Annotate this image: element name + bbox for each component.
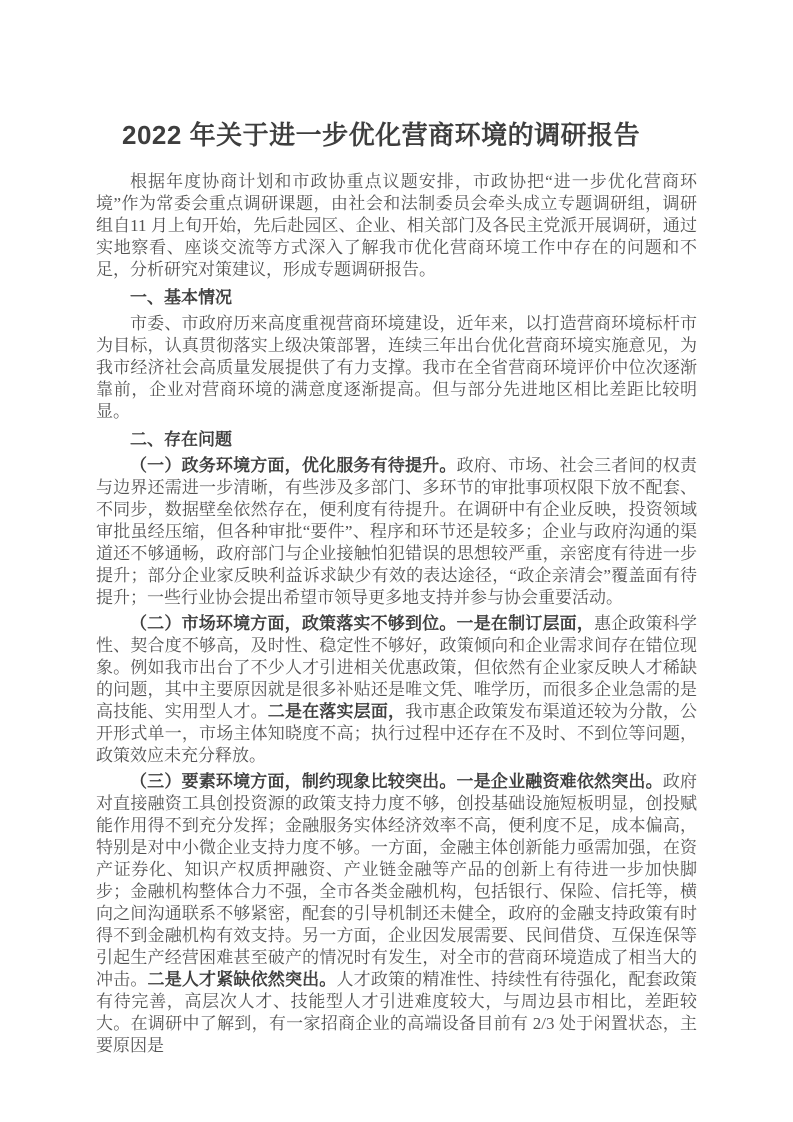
document-body: 根据年度协商计划和市政协重点议题安排，市政协把“进一步优化营商环境”作为常委会重… — [96, 171, 697, 1057]
section-heading: 二、存在问题 — [96, 429, 697, 451]
body-paragraph: （二）市场环境方面，政策落实不够到位。一是在制订层面，惠企政策科学性、契合度不够… — [96, 613, 697, 767]
body-paragraph: （三）要素环境方面，制约现象比较突出。一是企业融资难依然突出。政府对直接融资工具… — [96, 771, 697, 1057]
text-run: 市委、市政府历来高度重视营商环境建设，近年来，以打造营商环境标杆市为目标，认真贯… — [96, 314, 697, 421]
text-run: 政府、市场、社会三者间的权责与边界还需进一步清晰，有些涉及多部门、多环节的审批事… — [96, 456, 697, 607]
text-run: 根据年度协商计划和市政协重点议题安排，市政协把“进一步优化营商环境”作为常委会重… — [96, 172, 697, 279]
bold-text-run: 一、基本情况 — [130, 288, 232, 307]
bold-text-run: （二）市场环境方面，政策落实不够到位。一是在制订层面， — [130, 614, 594, 633]
document-page: 2022 年关于进一步优化营商环境的调研报告 根据年度协商计划和市政协重点议题安… — [0, 0, 793, 1122]
body-paragraph: 市委、市政府历来高度重视营商环境建设，近年来，以打造营商环境标杆市为目标，认真贯… — [96, 313, 697, 423]
body-paragraph: （一）政务环境方面，优化服务有待提升。政府、市场、社会三者间的权责与边界还需进一… — [96, 455, 697, 609]
bold-text-run: 二是人才紧缺依然突出。 — [148, 970, 337, 989]
document-title: 2022 年关于进一步优化营商环境的调研报告 — [96, 117, 697, 153]
text-run: 政府对直接融资工具创投资源的政策支持力度不够，创投基础设施短板明显，创投赋能作用… — [96, 772, 697, 989]
bold-text-run: 二、存在问题 — [130, 430, 232, 449]
bold-text-run: （三）要素环境方面，制约现象比较突出。一是企业融资难依然突出。 — [130, 772, 663, 791]
body-paragraph: 根据年度协商计划和市政协重点议题安排，市政协把“进一步优化营商环境”作为常委会重… — [96, 171, 697, 281]
bold-text-run: （一）政务环境方面，优化服务有待提升。 — [130, 456, 457, 475]
bold-text-run: 二是在落实层面， — [268, 702, 405, 721]
section-heading: 一、基本情况 — [96, 287, 697, 309]
